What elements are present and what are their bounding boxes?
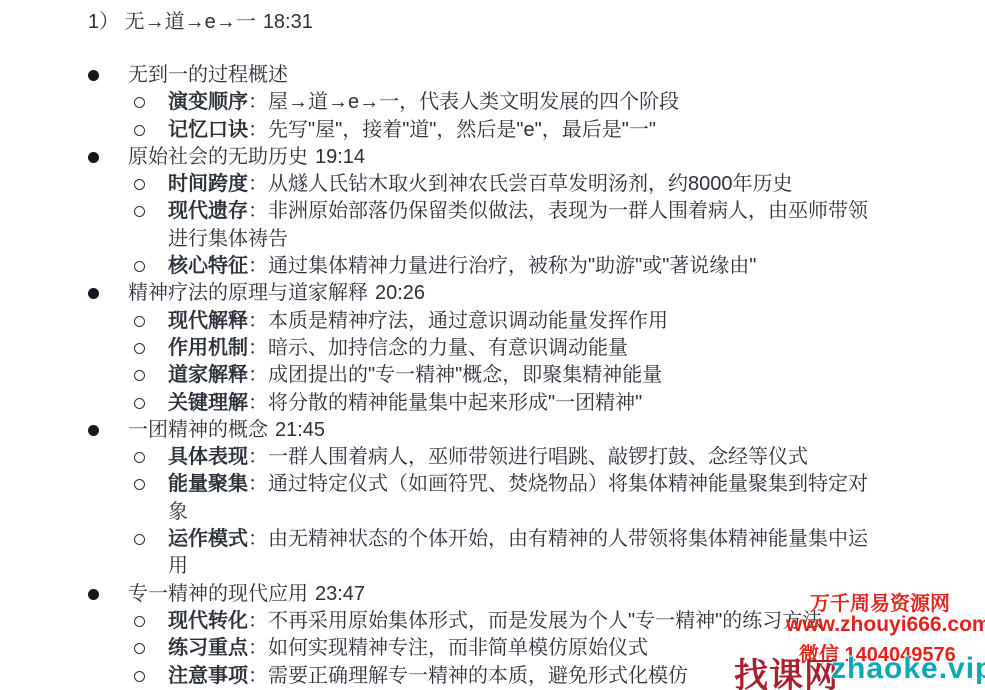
section-heading: 原始社会的无助历史19:14 <box>128 144 886 171</box>
item-body: ：先写"屋"，接着"道"，然后是"e"，最后是"一" <box>248 119 656 141</box>
outline-section: 无到一的过程概述 演变顺序：屋→道→e→一，代表人类文明发展的四个阶段 记忆口诀… <box>88 62 886 144</box>
section-heading-text: 精神疗法的原理与道家解释 <box>128 282 368 304</box>
item-label: 作用机制 <box>168 337 248 359</box>
item-label: 演变顺序 <box>168 91 248 113</box>
hollow-bullet-icon <box>134 444 168 471</box>
hollow-bullet-icon <box>134 663 168 690</box>
item-text: 注意事项：需要正确理解专一精神的本质，避免形式化模仿 <box>168 663 886 690</box>
filled-bullet-icon <box>88 280 128 307</box>
page-title-timestamp: 18:31 <box>263 11 313 33</box>
item-text: 关键理解：将分散的精神能量集中起来形成"一团精神" <box>168 390 886 417</box>
item-label: 现代转化 <box>168 610 248 632</box>
item-label: 时间跨度 <box>168 173 248 195</box>
outline-item: 注意事项：需要正确理解专一精神的本质，避免形式化模仿 <box>134 663 886 690</box>
item-body: ：本质是精神疗法，通过意识调动能量发挥作用 <box>248 310 668 332</box>
hollow-bullet-icon <box>134 335 168 362</box>
item-text: 时间跨度：从燧人氏钻木取火到神农氏尝百草发明汤剂，约8000年历史 <box>168 171 886 198</box>
section-heading: 无到一的过程概述 <box>128 62 886 89</box>
item-label: 道家解释 <box>168 364 248 386</box>
hollow-bullet-icon <box>134 198 168 253</box>
item-body: ：从燧人氏钻木取火到神农氏尝百草发明汤剂，约8000年历史 <box>248 173 793 195</box>
item-text: 现代遗存：非洲原始部落仍保留类似做法，表现为一群人围着病人，由巫师带领进行集体祷… <box>168 198 886 253</box>
outline-item: 练习重点：如何实现精神专注，而非简单模仿原始仪式 <box>134 635 886 662</box>
hollow-bullet-icon <box>134 471 168 526</box>
item-text: 具体表现：一群人围着病人，巫师带领进行唱跳、敲锣打鼓、念经等仪式 <box>168 444 886 471</box>
item-label: 注意事项 <box>168 665 248 687</box>
outline-item: 现代转化：不再采用原始集体形式，而是发展为个人"专一精神"的练习方法 <box>134 608 886 635</box>
outline-item: 道家解释：成团提出的"专一精神"概念，即聚集精神能量 <box>134 362 886 389</box>
section-timestamp: 20:26 <box>375 282 425 304</box>
item-label: 现代解释 <box>168 310 248 332</box>
hollow-bullet-icon <box>134 390 168 417</box>
outline-item: 能量聚集：通过特定仪式（如画符咒、焚烧物品）将集体精神能量聚集到特定对象 <box>134 471 886 526</box>
section-heading-text: 无到一的过程概述 <box>128 64 288 86</box>
item-body: ：由无精神状态的个体开始，由有精神的人带领将集体精神能量集中运用 <box>168 528 868 577</box>
item-label: 关键理解 <box>168 392 248 414</box>
outline-item: 时间跨度：从燧人氏钻木取火到神农氏尝百草发明汤剂，约8000年历史 <box>134 171 886 198</box>
section-heading-row: 精神疗法的原理与道家解释20:26 <box>88 280 886 307</box>
item-text: 练习重点：如何实现精神专注，而非简单模仿原始仪式 <box>168 635 886 662</box>
filled-bullet-icon <box>88 144 128 171</box>
item-body: ：如何实现精神专注，而非简单模仿原始仪式 <box>248 637 648 659</box>
filled-bullet-icon <box>88 62 128 89</box>
item-body: ：通过特定仪式（如画符咒、焚烧物品）将集体精神能量聚集到特定对象 <box>168 473 868 522</box>
item-body: ：成团提出的"专一精神"概念，即聚集精神能量 <box>248 364 662 386</box>
hollow-bullet-icon <box>134 635 168 662</box>
document-body: 1） 无→道→e→一18:31 无到一的过程概述 演变顺序：屋→道→e→一，代表… <box>88 8 886 690</box>
outline-section: 专一精神的现代应用23:47 现代转化：不再采用原始集体形式，而是发展为个人"专… <box>88 581 886 690</box>
item-text: 核心特征：通过集体精神力量进行治疗，被称为"助游"或"著说缘由" <box>168 253 886 280</box>
item-body: ：一群人围着病人，巫师带领进行唱跳、敲锣打鼓、念经等仪式 <box>248 446 808 468</box>
hollow-bullet-icon <box>134 308 168 335</box>
outline-section: 原始社会的无助历史19:14 时间跨度：从燧人氏钻木取火到神农氏尝百草发明汤剂，… <box>88 144 886 280</box>
filled-bullet-icon <box>88 417 128 444</box>
hollow-bullet-icon <box>134 171 168 198</box>
item-body: ：非洲原始部落仍保留类似做法，表现为一群人围着病人，由巫师带领进行集体祷告 <box>168 200 868 249</box>
item-body: ：不再采用原始集体形式，而是发展为个人"专一精神"的练习方法 <box>248 610 822 632</box>
outline-item: 现代解释：本质是精神疗法，通过意识调动能量发挥作用 <box>134 308 886 335</box>
section-heading-row: 专一精神的现代应用23:47 <box>88 581 886 608</box>
outline-item: 关键理解：将分散的精神能量集中起来形成"一团精神" <box>134 390 886 417</box>
outline-item: 现代遗存：非洲原始部落仍保留类似做法，表现为一群人围着病人，由巫师带领进行集体祷… <box>134 198 886 253</box>
page-title: 1） 无→道→e→一18:31 <box>88 8 886 36</box>
item-text: 现代解释：本质是精神疗法，通过意识调动能量发挥作用 <box>168 308 886 335</box>
section-timestamp: 19:14 <box>315 146 365 168</box>
section-heading: 精神疗法的原理与道家解释20:26 <box>128 280 886 307</box>
item-body: ：暗示、加持信念的力量、有意识调动能量 <box>248 337 628 359</box>
section-heading-text: 专一精神的现代应用 <box>128 583 308 605</box>
hollow-bullet-icon <box>134 526 168 581</box>
section-timestamp: 23:47 <box>315 583 365 605</box>
item-text: 现代转化：不再采用原始集体形式，而是发展为个人"专一精神"的练习方法 <box>168 608 886 635</box>
section-heading-text: 原始社会的无助历史 <box>128 146 308 168</box>
item-body: ：将分散的精神能量集中起来形成"一团精神" <box>248 392 642 414</box>
outline-section: 一团精神的概念21:45 具体表现：一群人围着病人，巫师带领进行唱跳、敲锣打鼓、… <box>88 417 886 581</box>
outline-item: 运作模式：由无精神状态的个体开始，由有精神的人带领将集体精神能量集中运用 <box>134 526 886 581</box>
item-text: 记忆口诀：先写"屋"，接着"道"，然后是"e"，最后是"一" <box>168 117 886 144</box>
outline-item: 作用机制：暗示、加持信念的力量、有意识调动能量 <box>134 335 886 362</box>
item-body: ：通过集体精神力量进行治疗，被称为"助游"或"著说缘由" <box>248 255 756 277</box>
section-heading: 专一精神的现代应用23:47 <box>128 581 886 608</box>
outline-item: 具体表现：一群人围着病人，巫师带领进行唱跳、敲锣打鼓、念经等仪式 <box>134 444 886 471</box>
outline-item: 记忆口诀：先写"屋"，接着"道"，然后是"e"，最后是"一" <box>134 117 886 144</box>
outline-item: 核心特征：通过集体精神力量进行治疗，被称为"助游"或"著说缘由" <box>134 253 886 280</box>
section-heading: 一团精神的概念21:45 <box>128 417 886 444</box>
section-heading-row: 无到一的过程概述 <box>88 62 886 89</box>
item-label: 具体表现 <box>168 446 248 468</box>
item-label: 记忆口诀 <box>168 119 248 141</box>
item-body: ：需要正确理解专一精神的本质，避免形式化模仿 <box>248 665 688 687</box>
hollow-bullet-icon <box>134 608 168 635</box>
page-title-text: 1） 无→道→e→一 <box>88 11 256 33</box>
section-heading-row: 原始社会的无助历史19:14 <box>88 144 886 171</box>
item-label: 运作模式 <box>168 528 248 550</box>
item-label: 核心特征 <box>168 255 248 277</box>
item-text: 运作模式：由无精神状态的个体开始，由有精神的人带领将集体精神能量集中运用 <box>168 526 886 581</box>
item-text: 演变顺序：屋→道→e→一，代表人类文明发展的四个阶段 <box>168 89 886 116</box>
outline-item: 演变顺序：屋→道→e→一，代表人类文明发展的四个阶段 <box>134 89 886 116</box>
filled-bullet-icon <box>88 581 128 608</box>
section-timestamp: 21:45 <box>275 419 325 441</box>
section-heading-text: 一团精神的概念 <box>128 419 268 441</box>
item-text: 能量聚集：通过特定仪式（如画符咒、焚烧物品）将集体精神能量聚集到特定对象 <box>168 471 886 526</box>
item-body: ：屋→道→e→一，代表人类文明发展的四个阶段 <box>248 91 679 113</box>
item-label: 现代遗存 <box>168 200 248 222</box>
hollow-bullet-icon <box>134 89 168 116</box>
item-label: 能量聚集 <box>168 473 248 495</box>
hollow-bullet-icon <box>134 362 168 389</box>
hollow-bullet-icon <box>134 117 168 144</box>
outline-list: 无到一的过程概述 演变顺序：屋→道→e→一，代表人类文明发展的四个阶段 记忆口诀… <box>88 62 886 690</box>
item-label: 练习重点 <box>168 637 248 659</box>
item-text: 作用机制：暗示、加持信念的力量、有意识调动能量 <box>168 335 886 362</box>
outline-section: 精神疗法的原理与道家解释20:26 现代解释：本质是精神疗法，通过意识调动能量发… <box>88 280 886 416</box>
section-heading-row: 一团精神的概念21:45 <box>88 417 886 444</box>
hollow-bullet-icon <box>134 253 168 280</box>
item-text: 道家解释：成团提出的"专一精神"概念，即聚集精神能量 <box>168 362 886 389</box>
